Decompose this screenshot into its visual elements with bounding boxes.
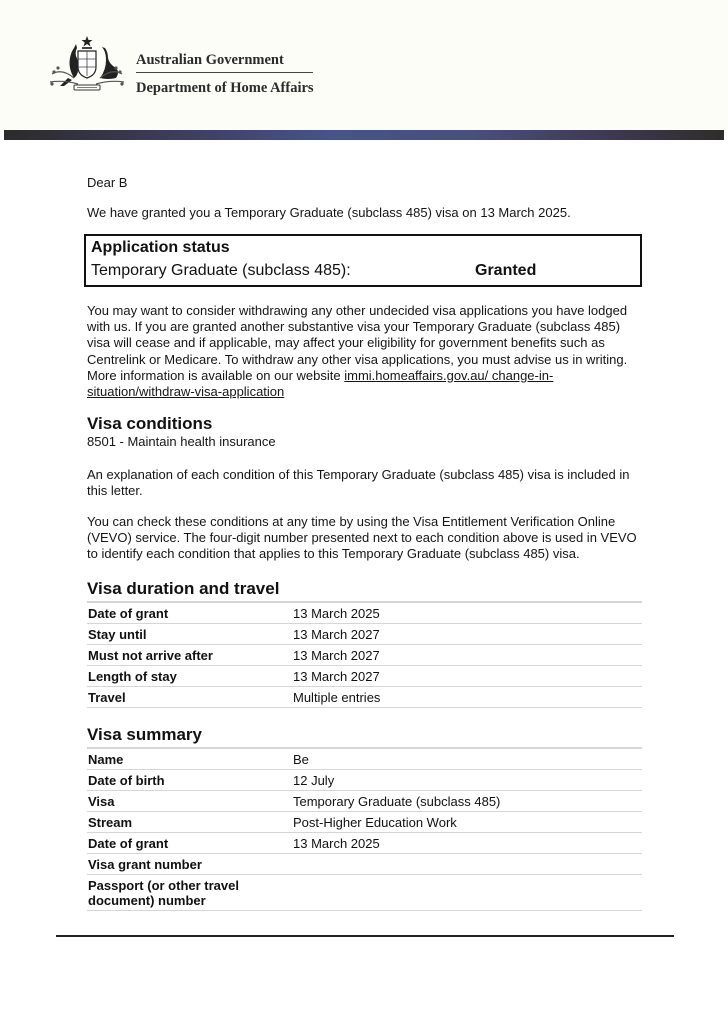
table-row: Visa grant number: [87, 854, 642, 875]
government-name: Australian Government: [136, 52, 284, 69]
row-label: Passport (or other travel document) numb…: [88, 878, 263, 908]
row-label: Date of grant: [88, 836, 293, 851]
application-status-value: Granted: [475, 262, 536, 280]
row-value: 12 July: [293, 773, 642, 788]
row-label: Length of stay: [88, 669, 293, 684]
coat-of-arms-icon: [44, 34, 130, 96]
duration-travel-heading: Visa duration and travel: [87, 579, 279, 599]
salutation: Dear B: [87, 175, 643, 191]
row-value: 13 March 2027: [293, 627, 642, 642]
application-status-label: Temporary Graduate (subclass 485):: [91, 262, 351, 280]
table-row: Date of grant13 March 2025: [87, 833, 642, 854]
letterhead: Australian Government Department of Home…: [0, 0, 728, 130]
table-row: Length of stay13 March 2027: [87, 666, 642, 687]
department-name: Department of Home Affairs: [136, 80, 314, 97]
visa-conditions-heading: Visa conditions: [87, 414, 212, 434]
row-label: Stay until: [88, 627, 293, 642]
letterhead-band: [4, 130, 724, 140]
table-row: VisaTemporary Graduate (subclass 485): [87, 791, 642, 812]
withdraw-paragraph: You may want to consider withdrawing any…: [87, 303, 643, 400]
table-row: Date of grant13 March 2025: [87, 603, 642, 624]
row-value: Multiple entries: [293, 690, 642, 705]
table-row: Date of birth12 July: [87, 770, 642, 791]
row-label: Name: [88, 752, 293, 767]
row-value: Be: [293, 752, 642, 767]
application-status-box: Application status Temporary Graduate (s…: [84, 234, 642, 287]
row-label: Stream: [88, 815, 293, 830]
table-row: NameBe: [87, 749, 642, 770]
table-row: Passport (or other travel document) numb…: [87, 875, 642, 911]
row-value: 13 March 2025: [293, 836, 642, 851]
visa-summary-heading: Visa summary: [87, 725, 202, 745]
row-label: Travel: [88, 690, 293, 705]
row-label: Visa: [88, 794, 293, 809]
row-value: Temporary Graduate (subclass 485): [293, 794, 642, 809]
table-row: Must not arrive after13 March 2027: [87, 645, 642, 666]
row-value: Post-Higher Education Work: [293, 815, 642, 830]
row-value: 13 March 2027: [293, 648, 642, 663]
row-value: 13 March 2027: [293, 669, 642, 684]
row-label: Date of grant: [88, 606, 293, 621]
row-value: [293, 878, 642, 908]
row-value: [293, 857, 642, 872]
row-label: Visa grant number: [88, 857, 293, 872]
table-row: Stay until13 March 2027: [87, 624, 642, 645]
duration-travel-table: Date of grant13 March 2025Stay until13 M…: [87, 601, 642, 708]
condition-item: 8501 - Maintain health insurance: [87, 434, 643, 450]
letterhead-divider: [136, 72, 313, 73]
footer-divider: [56, 935, 674, 937]
application-status-title: Application status: [91, 239, 230, 257]
vevo-paragraph: You can check these conditions at any ti…: [87, 514, 643, 563]
row-label: Date of birth: [88, 773, 293, 788]
row-value: 13 March 2025: [293, 606, 642, 621]
visa-summary-table: NameBeDate of birth12 JulyVisaTemporary …: [87, 747, 642, 911]
conditions-explanation: An explanation of each condition of this…: [87, 467, 643, 499]
grant-intro: We have granted you a Temporary Graduate…: [87, 205, 643, 221]
row-label: Must not arrive after: [88, 648, 293, 663]
table-row: StreamPost-Higher Education Work: [87, 812, 642, 833]
table-row: TravelMultiple entries: [87, 687, 642, 708]
